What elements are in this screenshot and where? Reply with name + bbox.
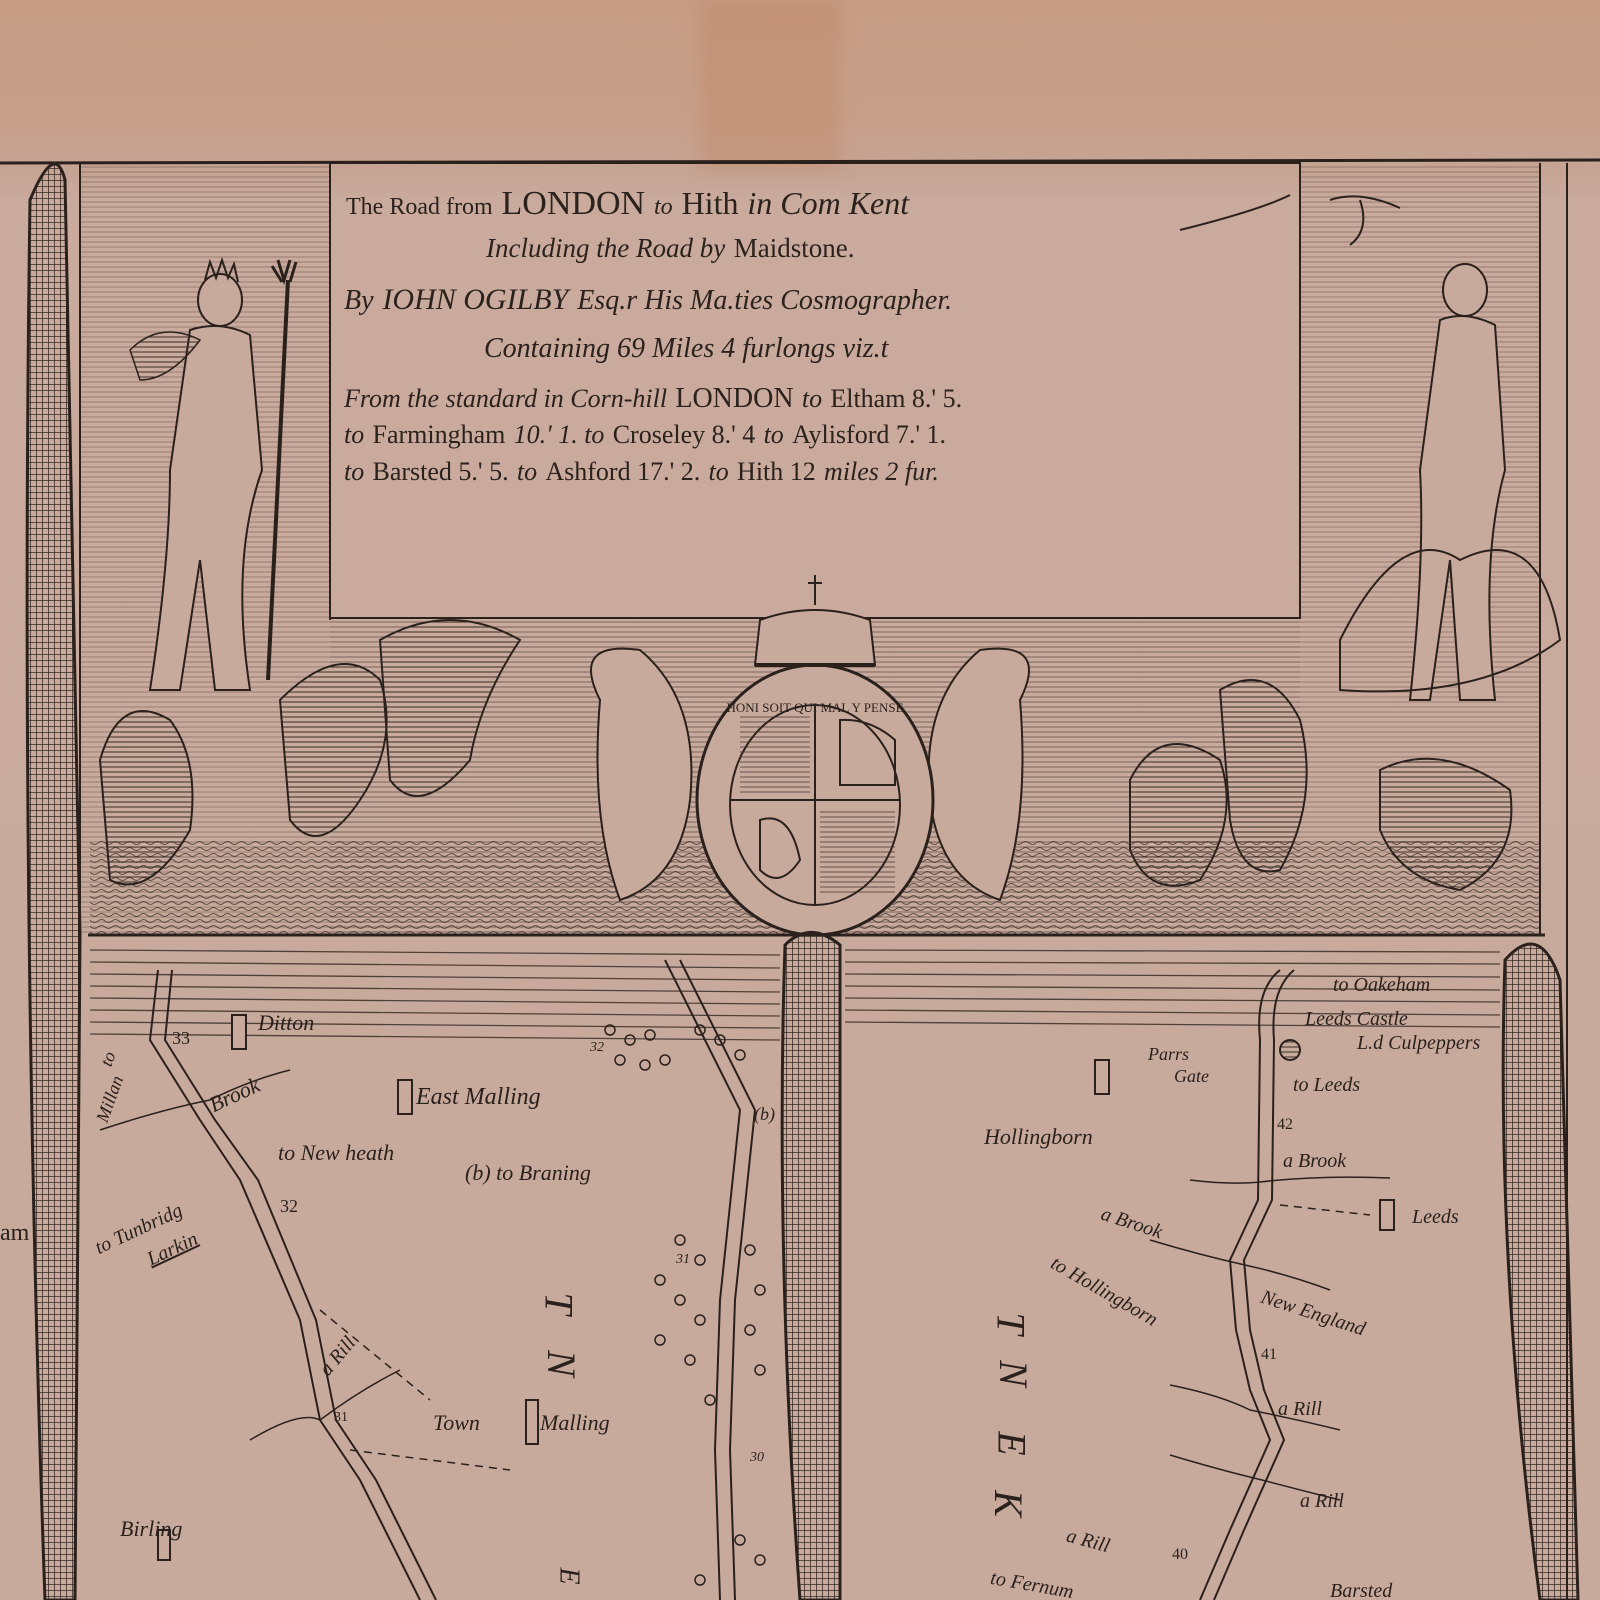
title-cosmographer: Esq.r His Ma.ties Cosmographer.	[577, 285, 952, 316]
route-farmingham: Farmingham	[373, 420, 506, 449]
route-to: to	[709, 457, 729, 486]
route-hith: Hith 12	[737, 457, 816, 486]
title-road-from: The Road from	[346, 194, 493, 220]
kent-letter-n-2: N	[990, 1360, 1037, 1387]
label-am-fragment: am	[0, 1220, 29, 1247]
route-barsted: Barsted 5.' 5.	[373, 457, 509, 486]
strip-divider-left	[27, 164, 80, 1600]
label-ditton: Ditton	[258, 1010, 314, 1036]
label-leeds: Leeds	[1412, 1206, 1459, 1229]
label-east-malling: East Malling	[416, 1084, 541, 1111]
road-strip2	[665, 960, 755, 1600]
route-to: to	[344, 420, 364, 449]
route-to: to	[344, 457, 364, 486]
label-birling: Birling	[120, 1516, 182, 1542]
title-line-6: to Farmingham 10.' 1. to Croseley 8.' 4 …	[344, 420, 946, 450]
label-to-new-heath: to New heath	[278, 1140, 394, 1166]
title-line-5: From the standard in Corn-hill LONDON to…	[344, 383, 962, 415]
church-icons	[158, 1015, 1394, 1560]
kent-letter-t-2: T	[988, 1312, 1035, 1334]
label-parrs: Parrs	[1148, 1044, 1189, 1065]
title-john-ogilby: IOHN OGILBY	[382, 283, 568, 316]
route-eltham: Eltham 8.' 5.	[830, 384, 962, 413]
route-from-standard: From the standard in Corn-hill	[344, 384, 667, 413]
title-to: to	[654, 194, 673, 220]
title-line-1: The Road from LONDON to Hith in Com Kent	[346, 185, 909, 223]
title-maidstone: Maidstone.	[734, 233, 855, 263]
strip-divider-center	[782, 933, 840, 1600]
route-to: to	[517, 457, 537, 486]
route-to: to	[764, 420, 784, 449]
mile-marker-31: 31	[334, 1410, 348, 1426]
mile-marker-42: 42	[1277, 1116, 1293, 1134]
title-london: LONDON	[502, 185, 646, 222]
label-hollingborn: Hollingborn	[984, 1124, 1093, 1150]
kent-letter-n: N	[538, 1350, 585, 1377]
label-to-oakeham: to Oakeham	[1333, 974, 1430, 997]
label-malling: Malling	[540, 1410, 610, 1436]
route-miles-fur: miles 2 fur.	[824, 457, 939, 486]
title-by: By	[344, 285, 374, 316]
kent-letter-t: T	[536, 1292, 583, 1314]
kent-letter-k-2: K	[985, 1490, 1032, 1517]
title-hith: Hith	[682, 185, 739, 221]
label-culpeppers: L.d Culpeppers	[1357, 1032, 1480, 1055]
title-line-7: to Barsted 5.' 5. to Ashford 17.' 2. to …	[344, 457, 939, 487]
woodland-trees	[605, 1025, 765, 1585]
mile-marker-32b: 32	[590, 1040, 604, 1056]
mile-marker-32: 32	[280, 1196, 298, 1217]
kent-letter-e-2: E	[989, 1431, 1036, 1455]
route-london: LONDON	[675, 383, 793, 414]
mile-marker-41: 41	[1261, 1346, 1277, 1364]
road-strip1	[100, 970, 510, 1600]
title-line-4-containing: Containing 69 Miles 4 furlongs viz.t	[484, 333, 888, 365]
title-line-2: Including the Road by Maidstone.	[486, 233, 855, 264]
title-including: Including the Road by	[486, 233, 725, 263]
label-a-rill-1: a Rill	[1278, 1398, 1322, 1421]
route-ashford: Ashford 17.' 2.	[545, 457, 700, 486]
mile-marker-33: 33	[172, 1028, 190, 1049]
label-a-rill-2: a Rill	[1300, 1490, 1344, 1513]
route-aylisford: Aylisford 7.' 1.	[792, 420, 946, 449]
title-line-3: By IOHN OGILBY Esq.r His Ma.ties Cosmogr…	[344, 283, 952, 317]
crown-icon	[755, 610, 875, 665]
svg-text:HONI SOIT QUI MAL Y PENSE: HONI SOIT QUI MAL Y PENSE	[726, 700, 903, 715]
label-town: Town	[433, 1410, 480, 1436]
route-croseley: Croseley 8.' 4	[613, 420, 756, 449]
label-to-leeds: to Leeds	[1293, 1074, 1360, 1097]
title-com-kent: in Com Kent	[747, 185, 909, 221]
label-barsted: Barsted	[1330, 1580, 1392, 1600]
label-to-braning: (b) to Braning	[465, 1160, 591, 1186]
label-b-marker: (b)	[754, 1104, 775, 1125]
label-a-brook-1: a Brook	[1283, 1150, 1346, 1173]
label-leeds-castle: Leeds Castle	[1305, 1008, 1408, 1031]
route-to: to	[802, 384, 822, 413]
mile-marker-30: 30	[750, 1450, 764, 1466]
mile-marker-40: 40	[1172, 1546, 1188, 1564]
mile-marker-31b: 31	[676, 1252, 690, 1268]
label-gate: Gate	[1174, 1066, 1209, 1087]
route-farmingham-dist: 10.' 1. to	[514, 420, 605, 449]
kent-letter-e: E	[553, 1567, 585, 1584]
